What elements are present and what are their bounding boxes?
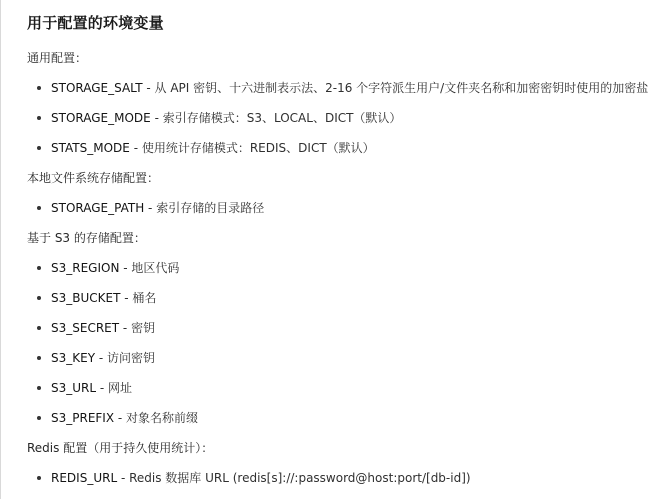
separator: - — [143, 81, 155, 95]
env-var-description: 从 API 密钥、十六进制表示法、2-16 个字符派生用户/文件夹名称和加密密钥… — [155, 81, 649, 95]
separator: - — [119, 261, 131, 275]
separator: - — [144, 201, 156, 215]
separator: - — [117, 471, 129, 485]
bullet-icon — [37, 386, 41, 390]
env-var-description: 访问密钥 — [107, 351, 155, 365]
page-title: 用于配置的环境变量 — [27, 12, 659, 34]
env-var-key: S3_REGION — [51, 261, 119, 275]
bullet-icon — [37, 206, 41, 210]
separator: - — [114, 411, 126, 425]
env-var-key: S3_URL — [51, 381, 96, 395]
env-var-description: Redis 数据库 URL (redis[s]://:password@host… — [129, 471, 470, 485]
env-var-description: 密钥 — [131, 321, 155, 335]
env-var-list-local-storage: STORAGE_PATH - 索引存储的目录路径 — [27, 193, 659, 223]
bullet-icon — [37, 146, 41, 150]
env-var-description: 索引存储的目录路径 — [156, 201, 264, 215]
list-item: STATS_MODE - 使用统计存储模式：REDIS、DICT（默认） — [27, 133, 659, 163]
document-content: 用于配置的环境变量 通用配置： STORAGE_SALT - 从 API 密钥、… — [27, 12, 659, 493]
env-var-list-redis: REDIS_URL - Redis 数据库 URL (redis[s]://:p… — [27, 463, 659, 493]
env-var-description: 桶名 — [132, 291, 156, 305]
env-var-description: 使用统计存储模式：REDIS、DICT（默认） — [142, 141, 375, 155]
section-heading-general: 通用配置： — [27, 43, 659, 73]
env-var-description: 对象名称前缀 — [126, 411, 198, 425]
env-var-key: S3_KEY — [51, 351, 95, 365]
separator: - — [130, 141, 142, 155]
env-var-key: S3_BUCKET — [51, 291, 120, 305]
list-item: S3_KEY - 访问密钥 — [27, 343, 659, 373]
env-var-key: STORAGE_SALT — [51, 81, 143, 95]
separator: - — [151, 111, 163, 125]
list-item: STORAGE_PATH - 索引存储的目录路径 — [27, 193, 659, 223]
bullet-icon — [37, 266, 41, 270]
list-item: S3_BUCKET - 桶名 — [27, 283, 659, 313]
section-heading-redis: Redis 配置（用于持久使用统计）： — [27, 433, 659, 463]
env-var-description: 地区代码 — [131, 261, 179, 275]
separator: - — [120, 291, 132, 305]
list-item: REDIS_URL - Redis 数据库 URL (redis[s]://:p… — [27, 463, 659, 493]
list-item: S3_REGION - 地区代码 — [27, 253, 659, 283]
env-var-list-general: STORAGE_SALT - 从 API 密钥、十六进制表示法、2-16 个字符… — [27, 73, 659, 163]
bullet-icon — [37, 86, 41, 90]
list-item: S3_PREFIX - 对象名称前缀 — [27, 403, 659, 433]
env-var-key: STORAGE_MODE — [51, 111, 151, 125]
separator: - — [95, 351, 107, 365]
list-item: STORAGE_SALT - 从 API 密钥、十六进制表示法、2-16 个字符… — [27, 73, 659, 103]
separator: - — [119, 321, 131, 335]
bullet-icon — [37, 296, 41, 300]
env-var-key: S3_SECRET — [51, 321, 119, 335]
list-item: STORAGE_MODE - 索引存储模式：S3、LOCAL、DICT（默认） — [27, 103, 659, 133]
bullet-icon — [37, 476, 41, 480]
env-var-key: REDIS_URL — [51, 471, 117, 485]
bullet-icon — [37, 116, 41, 120]
bullet-icon — [37, 326, 41, 330]
env-var-key: STORAGE_PATH — [51, 201, 144, 215]
separator: - — [96, 381, 108, 395]
section-heading-s3-storage: 基于 S3 的存储配置： — [27, 223, 659, 253]
document-panel: 用于配置的环境变量 通用配置： STORAGE_SALT - 从 API 密钥、… — [0, 0, 659, 499]
section-heading-local-storage: 本地文件系统存储配置： — [27, 163, 659, 193]
env-var-list-s3-storage: S3_REGION - 地区代码 S3_BUCKET - 桶名 S3_SECRE… — [27, 253, 659, 433]
env-var-description: 索引存储模式：S3、LOCAL、DICT（默认） — [163, 111, 402, 125]
env-var-key: STATS_MODE — [51, 141, 130, 155]
env-var-key: S3_PREFIX — [51, 411, 114, 425]
bullet-icon — [37, 356, 41, 360]
list-item: S3_SECRET - 密钥 — [27, 313, 659, 343]
bullet-icon — [37, 416, 41, 420]
list-item: S3_URL - 网址 — [27, 373, 659, 403]
env-var-description: 网址 — [108, 381, 132, 395]
